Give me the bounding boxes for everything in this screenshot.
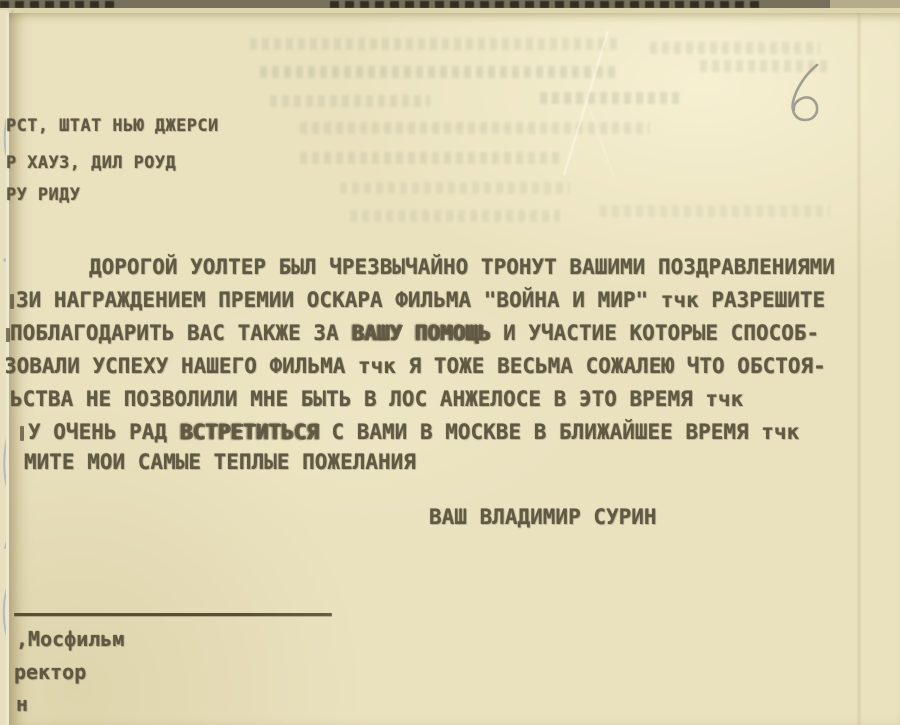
smudged-word: ВАШУ ПОМОЩЬ xyxy=(351,321,490,345)
address-line: Р ХАУЗ, ДИЛ РОУД xyxy=(6,153,176,173)
bleed-row xyxy=(270,95,430,107)
signature-line: ВАШ ВЛАДИМИР СУРИН xyxy=(429,505,657,529)
bleed-row xyxy=(340,182,570,194)
scanned-document: РСТ, ШТАТ НЬЮ ДЖЕРСИ Р ХАУЗ, ДИЛ РОУД РУ… xyxy=(0,0,900,725)
previous-page-text-fragment xyxy=(0,1,120,8)
document-page: РСТ, ШТАТ НЬЮ ДЖЕРСИ Р ХАУЗ, ДИЛ РОУД РУ… xyxy=(6,13,900,725)
body-line: ЗИ НАГРАЖДЕНИЕМ ПРЕМИИ ОСКАРА ФИЛЬМА "ВО… xyxy=(16,290,825,311)
body-line: ПОБЛАГОДАРИТЬ ВАС ТАКЖЕ ЗА ВАШУ ПОМОЩЬ И… xyxy=(10,323,819,344)
body-text: ПОБЛАГОДАРИТЬ ВАС ТАКЖЕ ЗА xyxy=(10,321,351,345)
previous-page-text-fragment xyxy=(330,1,760,8)
typed-divider-line xyxy=(14,613,332,616)
body-text: С ВАМИ В МОСКВЕ В БЛИЖАЙШЕЕ ВРЕМЯ тчк xyxy=(319,420,799,444)
footer-line: ,Мосфильм xyxy=(16,627,124,651)
clipped-character-stub xyxy=(10,294,14,309)
body-line: У ОЧЕНЬ РАД ВСТРЕТИТЬСЯ С ВАМИ В МОСКВЕ … xyxy=(28,422,799,443)
body-text: И УЧАСТИЕ КОТОРЫЕ СПОСОБ- xyxy=(490,321,819,345)
address-line: РУ РИДУ xyxy=(6,185,80,205)
paper-crease xyxy=(586,102,614,178)
body-line: ЬСТВА НЕ ПОЗВОЛИЛИ МНЕ БЫТЬ В ЛОС АНЖЕЛО… xyxy=(10,389,743,410)
bleed-row xyxy=(250,38,620,50)
body-text: У ОЧЕНЬ РАД xyxy=(28,420,180,444)
footer-line: н xyxy=(16,692,28,716)
handwritten-page-number xyxy=(784,62,830,128)
address-line: РСТ, ШТАТ НЬЮ ДЖЕРСИ xyxy=(6,116,219,136)
body-line: ЗОВАЛИ УСПЕХУ НАШЕГО ФИЛЬМА тчк Я ТОЖЕ В… xyxy=(6,356,826,377)
clipped-character-stub xyxy=(20,426,24,441)
body-line: МИТЕ МОИ САМЫЕ ТЕПЛЫЕ ПОЖЕЛАНИЯ xyxy=(24,452,416,473)
body-line: ДОРОГОЙ УОЛТЕР БЫЛ ЧРЕЗВЫЧАЙНО ТРОНУТ ВА… xyxy=(89,257,835,278)
footer-line: ректор xyxy=(14,660,86,684)
bleed-row xyxy=(300,152,560,164)
bleed-row xyxy=(540,92,680,104)
bleed-row xyxy=(650,42,820,54)
bleed-row xyxy=(350,210,560,222)
paper-crease xyxy=(858,13,860,725)
bleed-row xyxy=(260,66,620,78)
bleed-row xyxy=(600,205,830,217)
smudged-word: ВСТРЕТИТЬСЯ xyxy=(180,420,319,444)
